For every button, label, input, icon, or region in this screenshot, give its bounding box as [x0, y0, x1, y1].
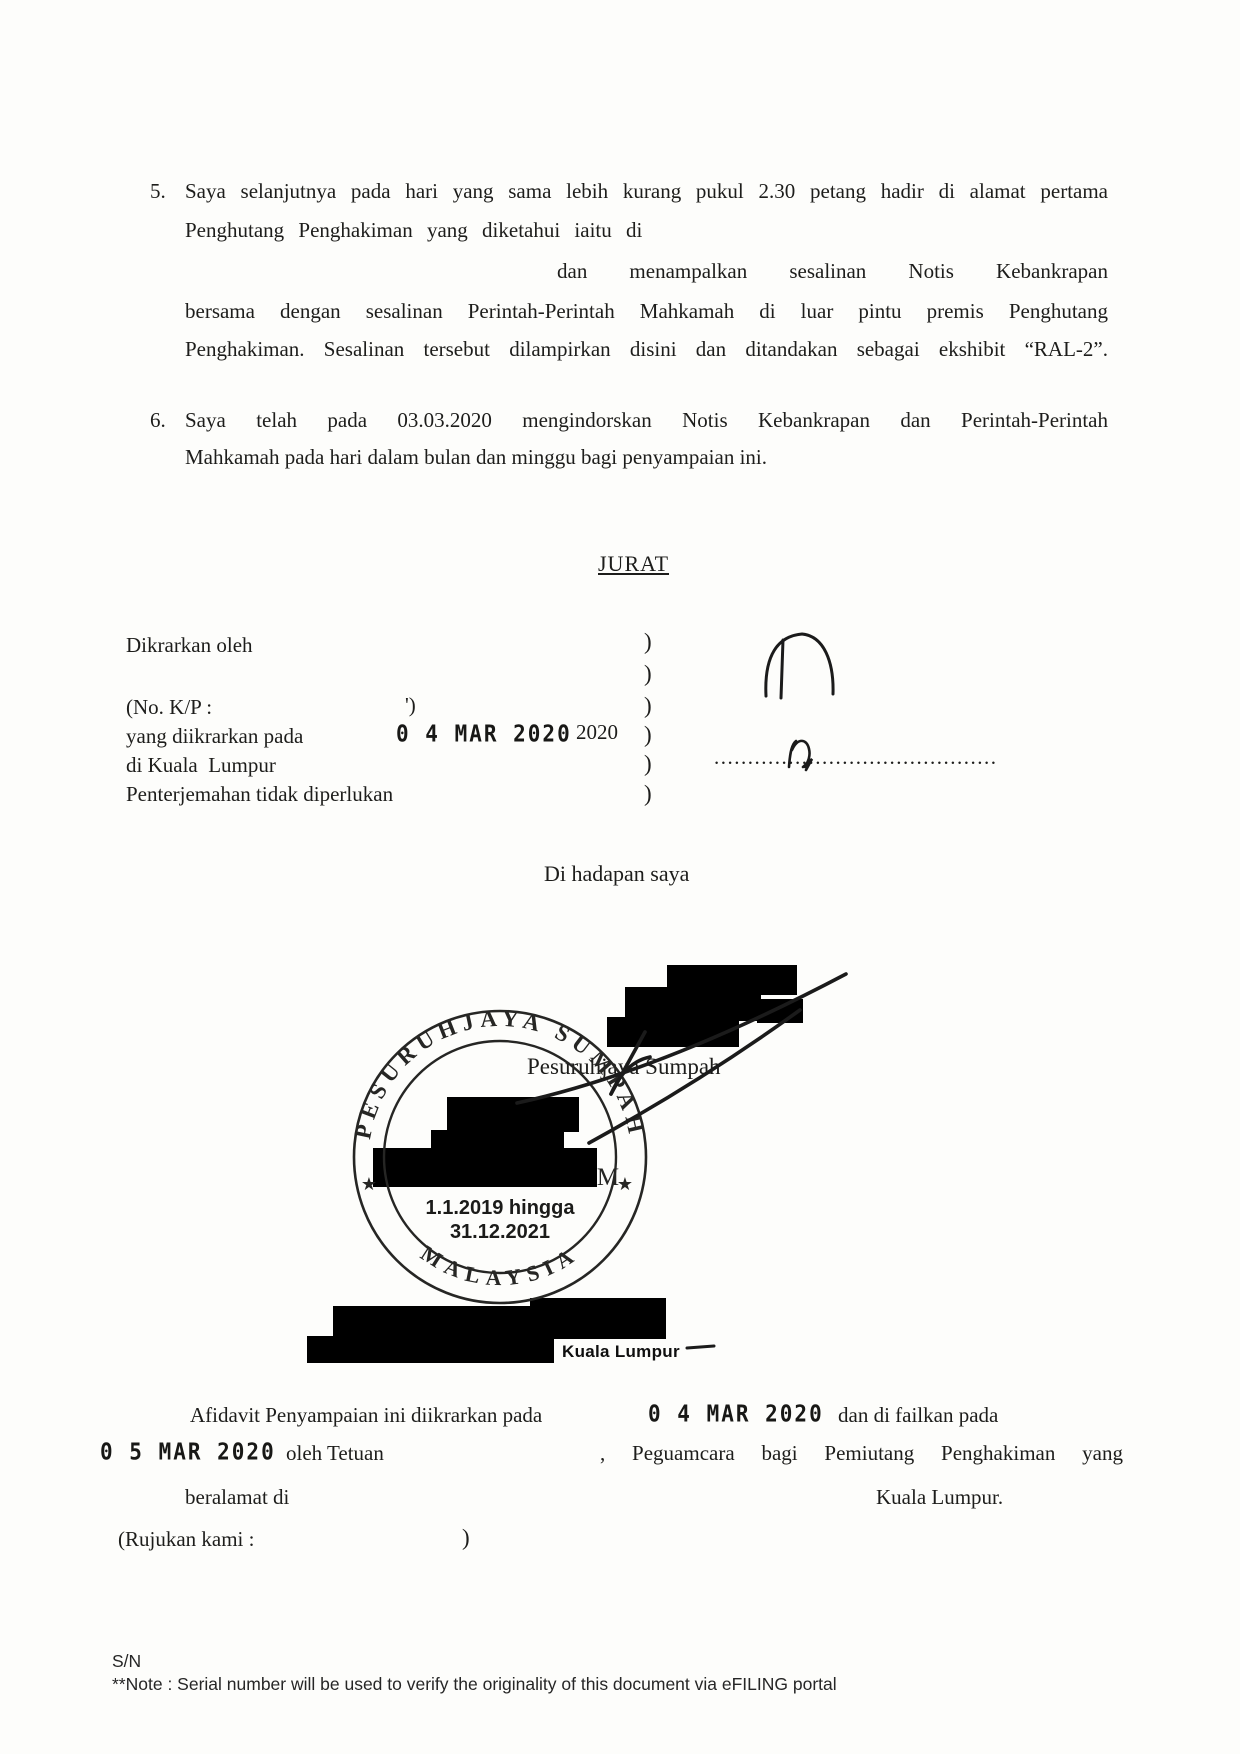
jurat-ic-close: '): [405, 692, 416, 719]
jurat-paren-1: ): [644, 628, 652, 655]
closing-reference-close: ): [462, 1524, 470, 1551]
closing-line-1a: Afidavit Penyampaian ini diikrarkan pada: [190, 1402, 542, 1429]
jurat-paren-4: ): [644, 721, 652, 748]
closing-line-1b: dan di failkan pada: [838, 1402, 998, 1429]
signature-dotted-line: ........................................…: [714, 744, 998, 771]
jurat-ic-label: (No. K/P :: [126, 694, 212, 721]
signature-mark-top: [766, 634, 833, 698]
para-6-line-2: Mahkamah pada hari dalam bulan dan mingg…: [185, 444, 767, 471]
redaction-box: [307, 1336, 554, 1363]
jurat-paren-5: ): [644, 750, 652, 777]
redaction-box: [757, 999, 803, 1023]
para-5-line-1: Saya selanjutnya pada hari yang sama leb…: [185, 178, 1108, 205]
para-5-number: 5.: [150, 178, 166, 205]
redaction-box: [447, 1097, 579, 1132]
redaction-box: [607, 1017, 739, 1047]
stamp-validity-line-2: 31.12.2021: [450, 1221, 550, 1243]
redaction-box: [625, 987, 761, 1021]
stamp-city-label: Kuala Lumpur: [562, 1338, 680, 1365]
serial-number-label: S/N: [112, 1650, 141, 1672]
para-6-line-1: Saya telah pada 03.03.2020 mengindorskan…: [185, 407, 1108, 434]
closing-line-2b: , Peguamcara bagi Pemiutang Penghakiman …: [600, 1440, 1123, 1467]
jurat-translation: Penterjemahan tidak diperlukan: [126, 781, 393, 808]
closing-line-3b: Kuala Lumpur.: [876, 1484, 1003, 1511]
svg-text:MALAYSIA: MALAYSIA: [416, 1240, 583, 1290]
jurat-paren-3: ): [644, 692, 652, 719]
jurat-place: di Kuala Lumpur: [126, 752, 276, 779]
jurat-date-stamp: 0 4 MAR 2020: [396, 719, 572, 749]
closing-date-stamp-2: 0 5 MAR 2020: [100, 1437, 276, 1467]
para-5-line-5: Penghakiman. Sesalinan tersebut dilampir…: [185, 336, 1108, 363]
redaction-box: [373, 1148, 597, 1187]
stamp-visible-letter: M: [597, 1164, 619, 1191]
para-5-line-3: dan menampalkan sesalinan Notis Kebankra…: [557, 258, 1108, 285]
jurat-heading: JURAT: [598, 550, 669, 577]
witness-line: Di hadapan saya: [544, 860, 689, 887]
stamp-arc-bottom-text: MALAYSIA: [416, 1240, 583, 1290]
commissioner-title: Pesuruhjaya Sumpah: [527, 1053, 721, 1080]
affidavit-page: 5. Saya selanjutnya pada hari yang sama …: [0, 0, 1240, 1754]
stamp-validity-line-1: 1.1.2019 hingga: [426, 1197, 576, 1219]
para-5-line-2: Penghutang Penghakiman yang diketahui ia…: [185, 217, 642, 244]
closing-reference-label: (Rujukan kami :: [118, 1526, 254, 1553]
para-5-line-4: bersama dengan sesalinan Perintah-Perint…: [185, 298, 1108, 325]
closing-line-2a: oleh Tetuan: [286, 1440, 384, 1467]
jurat-paren-2: ): [644, 660, 652, 687]
jurat-declared-by: Dikrarkan oleh: [126, 632, 253, 659]
closing-line-3a: beralamat di: [185, 1484, 289, 1511]
jurat-typed-year: 2020: [576, 719, 618, 746]
jurat-declared-on: yang diikrarkan pada: [126, 723, 303, 750]
para-6-number: 6.: [150, 407, 166, 434]
stamp-star-right: ★: [617, 1174, 633, 1194]
jurat-paren-6: ): [644, 780, 652, 807]
closing-date-stamp-1: 0 4 MAR 2020: [648, 1399, 824, 1429]
redaction-box: [431, 1130, 564, 1150]
redaction-box: [333, 1306, 666, 1339]
efiling-note: **Note : Serial number will be used to v…: [112, 1673, 837, 1695]
